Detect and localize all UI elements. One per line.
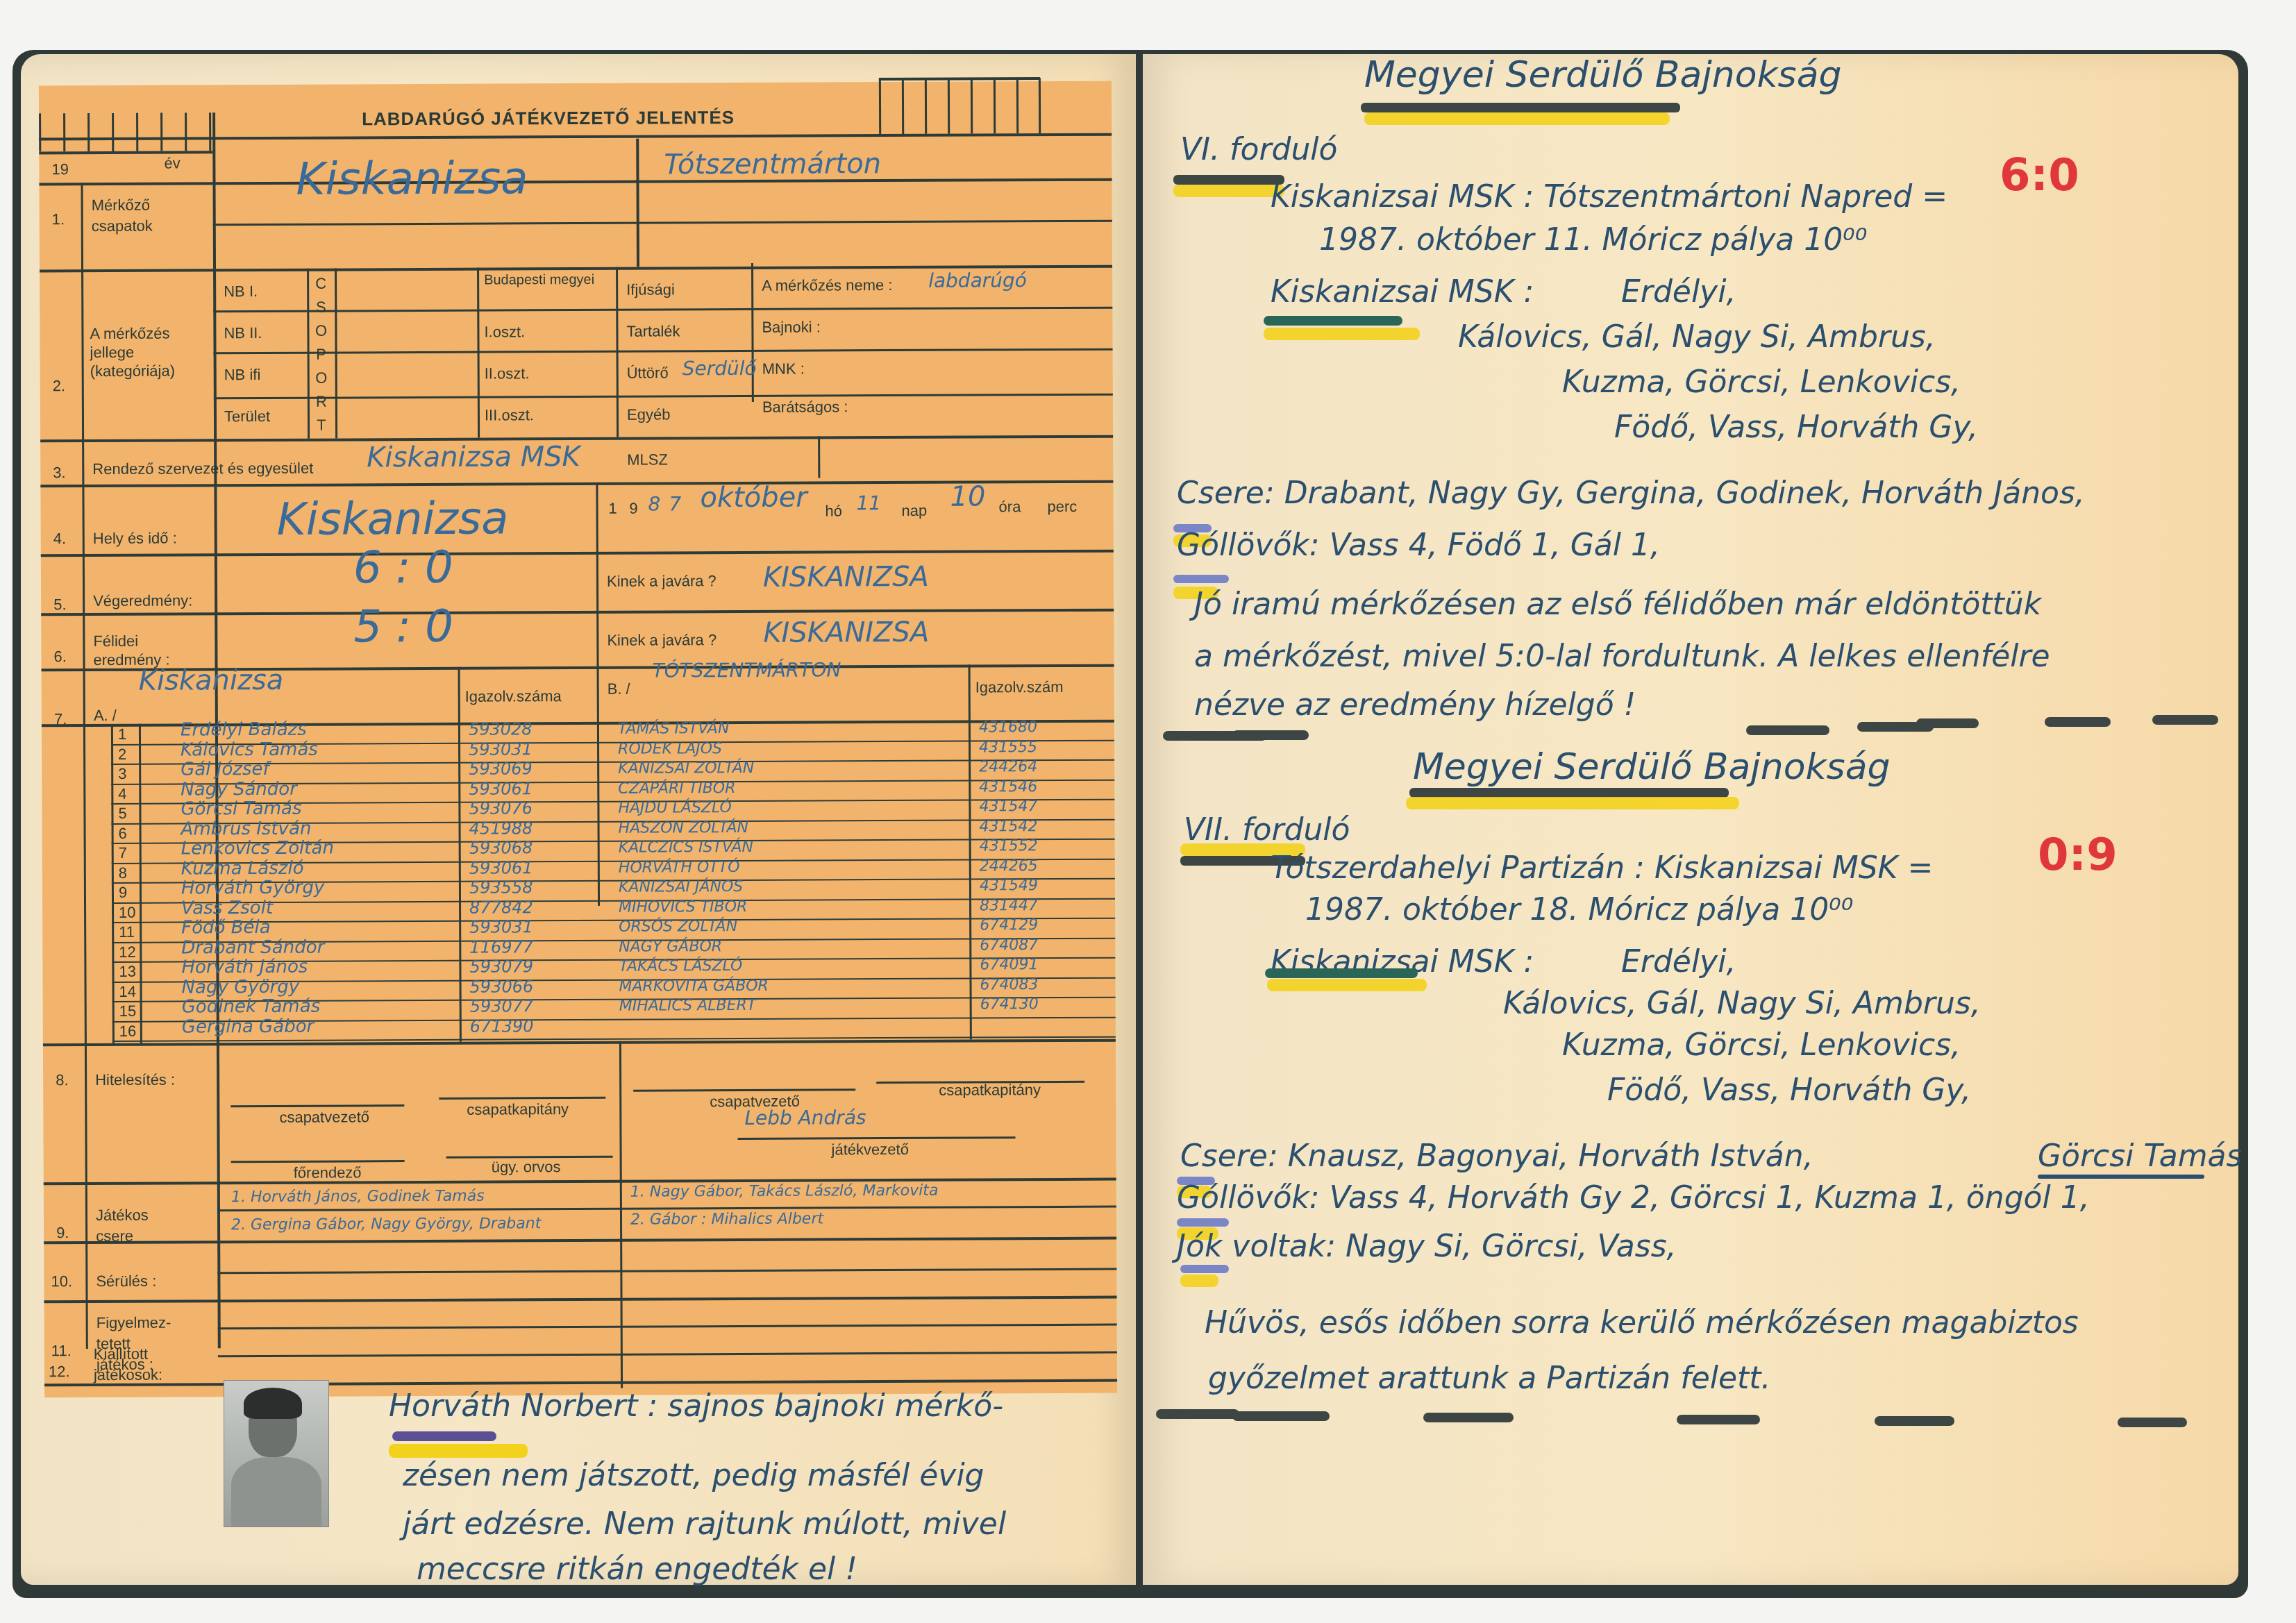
halftime-winner-label: Kinek a javára ?	[607, 631, 717, 650]
player-a-id: 451988	[469, 818, 533, 838]
team-a-handwritten: Kiskanizsa	[139, 664, 284, 697]
role-captain-b: csapatkapitány	[939, 1081, 1041, 1100]
player-a-id: 671390	[470, 1016, 534, 1036]
note-line-2: zésen nem játszott, pedig másfél évig	[403, 1458, 984, 1493]
referee-report-form: LABDARÚGÓ JÁTÉKVEZETŐ JELENTÉS 19 év 1. …	[39, 81, 1117, 1398]
note-line-3: járt edzésre. Nem rajtunk múlott, mivel	[403, 1506, 1006, 1542]
separator-dash	[1677, 1415, 1760, 1424]
player-a-name: Drabant Sándor	[181, 936, 324, 958]
separator-dash	[2152, 715, 2218, 725]
player-a-id: 593079	[469, 957, 533, 976]
section-5-label: Végeredmény:	[93, 591, 192, 610]
player-a-id: 116977	[469, 937, 533, 957]
row-number: 10	[119, 903, 136, 921]
section-1-label: Mérkőző	[92, 196, 150, 215]
place-handwritten: Kiskanizsa	[276, 493, 508, 545]
hour-handwritten: 10	[950, 480, 985, 512]
final-winner-handwritten: KISKANIZSA	[763, 561, 929, 594]
level-terulet: Terület	[224, 407, 270, 426]
player-a-name: Lenkovics Zoltán	[181, 838, 334, 859]
separator-dash	[2118, 1418, 2187, 1427]
match1-comment-3: nézve az eredmény hízelgő !	[1194, 687, 1636, 723]
player-a-name: Görcsi Tamás	[181, 798, 301, 820]
match1-lineup-3: Kuzma, Görcsi, Lenkovics,	[1562, 364, 1961, 400]
player-a-id: 593076	[469, 798, 533, 818]
player-b-id: 431542	[979, 818, 1037, 835]
player-b-name: KANIZSAI JÁNOS	[619, 878, 743, 896]
separator-dash	[1232, 1411, 1330, 1421]
division-1: I.oszt.	[484, 323, 525, 341]
section-2-label: A mérkőzés	[90, 325, 169, 344]
player-b-id: 244265	[980, 857, 1038, 875]
section-10-label: Sérülés :	[96, 1272, 156, 1290]
player-a-name: Födő Béla	[181, 917, 271, 939]
player-a-id: 593069	[469, 759, 533, 778]
match2-best-players: Jók voltak: Nagy Si, Görcsi, Vass,	[1177, 1229, 1677, 1264]
kind-bajnoki: Bajnoki :	[762, 318, 821, 336]
match1-fixture: Kiskanizsai MSK : Tótszentmártoni Napred…	[1271, 179, 1947, 215]
section-6-number: 6.	[53, 648, 66, 666]
lineup-highlight	[1267, 979, 1427, 991]
separator-dash	[1875, 1416, 1954, 1426]
away-team-handwritten: Tótszentmárton	[664, 148, 881, 180]
halftime-winner-handwritten: KISKANIZSA	[763, 616, 929, 649]
player-b-id: 431552	[980, 837, 1038, 855]
section-11-label: Figyelmez-	[97, 1314, 171, 1332]
player-b-name: TAKÁCS LÁSZLÓ	[619, 957, 742, 975]
player-a-name: Kuzma László	[181, 857, 304, 879]
lineup-underline	[1265, 968, 1418, 978]
player-a-id: 593061	[469, 858, 533, 877]
match1-lineup-1: Erdélyi,	[1621, 274, 1736, 310]
match2-lineup-2: Kálovics, Gál, Nagy Si, Ambrus,	[1503, 986, 1981, 1021]
match1-score: 6:0	[2000, 150, 2079, 201]
player-b-id: 674087	[980, 936, 1038, 954]
note-line-4: meccsre ritkán engedték el !	[417, 1551, 857, 1587]
player-a-name: Godinek Tamás	[182, 996, 321, 1018]
section-2-label-2: jellege	[90, 344, 135, 362]
section-3-number: 3.	[53, 464, 65, 482]
organizer-handwritten: Kiskanizsa MSK	[367, 441, 580, 473]
player-b-name: MARKOVITA GÁBOR	[619, 977, 768, 995]
day-label: nap	[902, 502, 928, 520]
row-number: 6	[119, 824, 127, 842]
best-marker	[1180, 1265, 1229, 1273]
type-note-handwritten: Serdülő	[682, 357, 757, 380]
match1-league-title: Megyei Serdülő Bajnokság	[1364, 54, 1842, 96]
level-nbifi: NB ifi	[224, 366, 261, 384]
player-b-name: TAMÁS ISTVÁN	[618, 720, 730, 738]
match1-comment-1: Jó iramú mérkőzésen az első félidőben má…	[1194, 587, 2041, 622]
row-number: 15	[119, 1002, 137, 1020]
role-organizer: főrendező	[294, 1163, 362, 1181]
section-8-number: 8.	[56, 1071, 68, 1089]
side-note-underline	[2038, 1175, 2204, 1179]
player-a-id: 877842	[469, 898, 533, 917]
player-b-id: 674091	[980, 956, 1038, 973]
row-number: 14	[119, 982, 137, 1000]
match-kind-label: A mérkőzés neme :	[762, 276, 892, 295]
match1-date: 1987. október 11. Móricz pálya 10⁰⁰	[1319, 222, 1867, 258]
player-a-id: 593031	[469, 917, 533, 936]
player-b-name: HAJDU LÁSZLÓ	[618, 799, 731, 817]
match1-lineup-2: Kálovics, Gál, Nagy Si, Ambrus,	[1458, 319, 1936, 355]
year-label: év	[164, 154, 180, 172]
section-4-label: Hely és idő :	[93, 530, 177, 548]
player-b-name: RODEK LAJOS	[618, 740, 722, 758]
player-a-id: 593061	[469, 779, 533, 798]
player-b-id: 674083	[980, 976, 1038, 993]
match1-lineup-4: Födő, Vass, Horváth Gy,	[1614, 410, 1978, 445]
player-b-name: ORSÓS ZOLTÁN	[619, 918, 737, 936]
team-a-id-header: Igazolv.száma	[465, 687, 562, 706]
player-b-id: 431547	[979, 798, 1037, 815]
section-3-label: Rendező szervezet és egyesület	[92, 460, 313, 478]
player-b-name: NAGY GÁBOR	[619, 938, 722, 956]
kind-mnk: MNK :	[762, 360, 805, 378]
hour-label: óra	[998, 498, 1021, 516]
csoport-vertical-label: CSOPORT	[310, 272, 332, 437]
player-b-name: HASZON ZOLTÁN	[619, 818, 749, 836]
round-underline	[1173, 175, 1284, 185]
league-highlight	[1364, 112, 1670, 125]
match1-scorers: Góllövők: Vass 4, Födő 1, Gál 1,	[1177, 528, 1660, 563]
role-captain-a: csapatkapitány	[467, 1100, 569, 1119]
match1-lineup-label: Kiskanizsai MSK :	[1271, 274, 1534, 310]
match2-lineup-1: Erdélyi,	[1621, 944, 1736, 979]
match1-comment-2: a mérkőzést, mivel 5:0-lal fordultunk. A…	[1194, 639, 2050, 674]
separator-dash	[1232, 730, 1309, 740]
name-underline-purple	[392, 1431, 496, 1441]
row-number: 16	[119, 1022, 137, 1040]
year-digit-7: 7	[669, 492, 681, 515]
row-number: 9	[119, 884, 127, 902]
round-highlight	[1173, 185, 1284, 197]
player-a-name: Horváth János	[181, 957, 308, 978]
lineup-highlight	[1264, 328, 1420, 340]
player-a-id: 593066	[469, 977, 533, 996]
note-line-1: Horváth Norbert : sajnos bajnoki mérkő-	[389, 1388, 1003, 1424]
match2-comment-1: Hűvös, esős időben sorra kerülő mérkőzés…	[1205, 1305, 2079, 1340]
match2-lineup-4: Födő, Vass, Horváth Gy,	[1607, 1073, 1971, 1108]
match2-scorers: Góllövők: Vass 4, Horváth Gy 2, Görcsi 1…	[1177, 1180, 2090, 1216]
final-winner-label: Kinek a javára ?	[607, 572, 717, 591]
year-digit-8: 8	[648, 492, 660, 515]
row-number: 11	[119, 923, 135, 941]
player-a-name: Erdélyi Balázs	[181, 719, 307, 741]
player-a-name: Ambrus István	[181, 818, 311, 839]
lineup-underline	[1264, 316, 1402, 326]
player-a-name: Vass Zsolt	[181, 897, 273, 918]
row-number: 12	[119, 943, 136, 961]
section-12-label: Kiállított	[94, 1345, 148, 1363]
section-10-number: 10.	[51, 1272, 72, 1290]
match2-subs: Csere: Knausz, Bagonyai, Horváth István,	[1180, 1138, 1813, 1174]
match2-lineup-3: Kuzma, Görcsi, Lenkovics,	[1562, 1027, 1961, 1063]
match2-fixture: Tótszerdahelyi Partizán : Kiskanizsai MS…	[1271, 850, 1933, 886]
match1-round: VI. forduló	[1180, 132, 1338, 167]
subs-b-1: 1. Nagy Gábor, Takács László, Markovita	[630, 1182, 939, 1201]
section-5-number: 5.	[53, 596, 66, 614]
division-2: II.oszt.	[485, 364, 530, 382]
match-kind-handwritten: labdarúgó	[928, 269, 1027, 292]
name-underline-yellow	[389, 1444, 528, 1458]
best-highlight	[1180, 1275, 1218, 1287]
type-uttoro: Úttörő	[627, 364, 669, 382]
role-doctor: ügy. orvos	[492, 1158, 561, 1176]
row-number: 13	[119, 963, 136, 981]
player-a-name: Gergina Gábor	[182, 1016, 315, 1037]
section-11-number: 11.	[51, 1342, 72, 1360]
scorers-marker	[1173, 575, 1229, 583]
section-8-label: Hitelesítés :	[95, 1071, 175, 1090]
role-team-leader-a: csapatvezető	[279, 1108, 369, 1127]
player-b-name: MIHALICS ALBERT	[619, 997, 757, 1015]
section-2-number: 2.	[53, 377, 65, 395]
role-referee: játékvezető	[832, 1141, 909, 1159]
player-b-id: 431680	[979, 718, 1037, 736]
player-a-name: Nagy György	[181, 976, 299, 998]
section-1-label-2: csapatok	[92, 217, 153, 235]
kind-baratsagos: Barátságos :	[762, 398, 848, 417]
type-egyeb: Egyéb	[627, 405, 671, 423]
team-a-prefix: A. /	[94, 707, 117, 725]
player-b-name: MIHOVICS TIBOR	[619, 898, 747, 916]
section-12-number: 12.	[49, 1363, 70, 1381]
level-nb2: NB II.	[224, 324, 262, 342]
match2-away-team: Kiskanizsai MSK	[1654, 850, 1898, 886]
row-number: 4	[118, 784, 126, 802]
team-b-prefix: B. /	[607, 680, 630, 698]
row-number: 1	[118, 725, 126, 743]
match2-comment-2: győzelmet arattunk a Partizán felett.	[1208, 1361, 1771, 1396]
league-underline	[1409, 788, 1729, 798]
scorers-marker	[1177, 1218, 1229, 1227]
section-4-number: 4.	[53, 530, 66, 548]
player-a-name: Gál József	[181, 759, 269, 780]
section-2-label-3: (kategóriája)	[90, 362, 175, 381]
section-9-number: 9.	[56, 1224, 69, 1242]
match2-date: 1987. október 18. Móricz pálya 10⁰⁰	[1305, 892, 1853, 927]
halftime-score-handwritten: 5 : 0	[353, 601, 453, 653]
match2-league-title: Megyei Serdülő Bajnokság	[1413, 746, 1891, 788]
player-a-id: 593068	[469, 838, 533, 857]
subs-a-2: 2. Gergina Gábor, Nagy György, Drabant	[231, 1215, 541, 1234]
team-b-id-header: Igazolv.szám	[975, 678, 1064, 697]
year-prefix: 19	[51, 160, 69, 178]
player-b-name: KALCZICS ISTVÁN	[619, 839, 753, 857]
year-tick-boxes	[39, 112, 212, 151]
month-handwritten: október	[700, 482, 807, 514]
form-title: LABDARÚGÓ JÁTÉKVEZETŐ JELENTÉS	[362, 107, 735, 130]
section-6-label: Félidei	[93, 632, 138, 650]
separator-dash	[1156, 1409, 1239, 1419]
separator-dash	[1916, 718, 1979, 728]
level-nb1: NB I.	[224, 283, 258, 301]
month-label: hó	[826, 502, 843, 520]
match1-subs: Csere: Drabant, Nagy Gy, Gergina, Godine…	[1177, 476, 2085, 511]
minute-label: perc	[1047, 498, 1077, 516]
organizer-mlsz: MLSZ	[627, 451, 668, 469]
subs-b-2: 2. Gábor : Mihalics Albert	[630, 1210, 823, 1228]
league-highlight	[1406, 797, 1739, 809]
match2-home-team: Tótszerdahelyi Partizán	[1271, 850, 1625, 886]
player-b-name: KANIZSAI ZOLTÁN	[618, 759, 754, 777]
player-b-id: 674129	[980, 916, 1038, 934]
match2-side-note: Görcsi Tamás	[2038, 1138, 2242, 1174]
row-number: 8	[119, 864, 127, 882]
year-digit-1: 1	[608, 500, 617, 518]
player-a-name: Kálovics Tamás	[181, 739, 318, 760]
player-b-id: 431549	[980, 877, 1038, 894]
match2-score: 0:9	[2038, 830, 2118, 881]
section-1-number: 1.	[52, 210, 65, 228]
league-underline	[1361, 103, 1680, 112]
subs-a-1: 1. Horváth János, Godinek Tamás	[231, 1188, 485, 1206]
row-number: 3	[118, 765, 126, 783]
player-photo	[224, 1380, 329, 1527]
division-3: III.oszt.	[485, 406, 534, 424]
row-number: 2	[118, 745, 126, 763]
player-a-id: 593028	[469, 719, 533, 739]
row-number: 5	[118, 805, 126, 823]
player-a-name: Nagy Sándor	[181, 778, 297, 800]
match1-home-team: Kiskanizsai MSK	[1271, 179, 1514, 215]
row-number: 7	[119, 844, 127, 862]
player-b-id: 431546	[979, 778, 1037, 796]
separator-dash	[2045, 717, 2111, 727]
player-a-id: 593077	[470, 996, 534, 1016]
player-b-id: 674130	[980, 995, 1039, 1013]
section-12-label-2: játékosok:	[94, 1366, 162, 1384]
form-number-boxes	[879, 78, 1039, 134]
match2-round: VII. forduló	[1184, 812, 1350, 848]
separator-dash	[1746, 725, 1829, 735]
player-b-id: 831447	[980, 897, 1038, 914]
player-b-id: 244264	[979, 758, 1037, 775]
player-a-name: Horváth György	[181, 877, 325, 899]
match1-away-team: Tótszentmártoni Napred	[1543, 179, 1912, 215]
player-a-id: 593558	[469, 877, 533, 897]
section-9-label: Játékos	[96, 1206, 149, 1225]
final-score-handwritten: 6 : 0	[353, 542, 453, 594]
player-a-id: 593031	[469, 739, 533, 759]
type-tartalek: Tartalék	[626, 322, 680, 340]
day-handwritten: 11	[856, 491, 881, 514]
separator-dash	[1423, 1413, 1514, 1422]
type-ifjusagi: Ifjúsági	[626, 280, 675, 298]
year-digit-9: 9	[629, 500, 637, 518]
player-b-name: CZAPÁRI TIBOR	[618, 780, 735, 798]
home-team-handwritten: Kiskanizsa	[296, 153, 528, 205]
referee-signature: Lebb András	[744, 1106, 866, 1129]
player-b-name: HORVÁTH OTTÓ	[619, 858, 740, 876]
team-b-handwritten: TÓTSZENTMÁRTON	[652, 658, 841, 682]
player-b-id: 431555	[979, 739, 1037, 756]
division-budapesti: Budapesti megyei	[484, 272, 609, 288]
